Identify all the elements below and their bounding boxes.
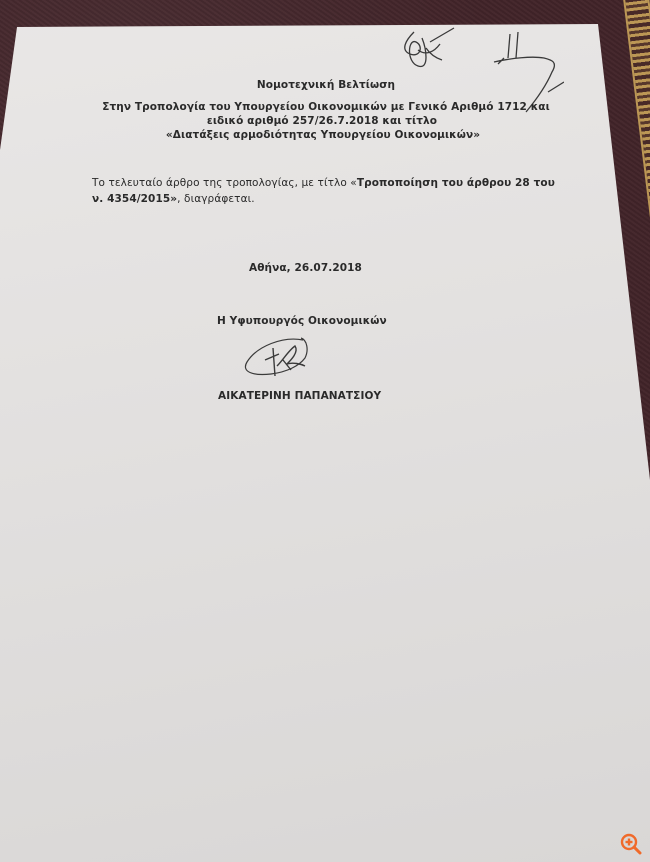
amended-article-title: Τροποποίηση του άρθρου 28 του xyxy=(357,177,555,189)
subheading-line-3: «Διατάξεις αρμοδιότητας Υπουργείου Οικον… xyxy=(0,129,646,141)
subheading-line-1: Στην Τροπολογία του Υπουργείου Οικονομικ… xyxy=(0,101,650,113)
place-date: Αθήνα, 26.07.2018 xyxy=(249,262,362,274)
deleted-text: , διαγράφεται. xyxy=(177,193,255,205)
signatory-name: ΑΙΚΑΤΕΡΙΝΗ ΠΑΠΑΝΑΤΣΙΟΥ xyxy=(218,390,381,402)
document-heading: Νομοτεχνική Βελτίωση xyxy=(0,79,650,91)
body-text-normal: Το τελευταίο άρθρο της τροπολογίας, με τ… xyxy=(92,177,357,189)
body-line-1: Το τελευταίο άρθρο της τροπολογίας, με τ… xyxy=(92,177,555,189)
signatory-title: Η Υφυπουργός Οικονομικών xyxy=(217,315,387,327)
law-reference: ν. 4354/2015» xyxy=(92,193,177,205)
initials-signature-left xyxy=(396,26,456,78)
zoom-in-icon xyxy=(619,832,643,856)
subheading-line-2: ειδικό αριθμό 257/26.7.2018 και τίτλο xyxy=(0,115,644,127)
zoom-in-button[interactable] xyxy=(619,832,643,856)
document-content: Νομοτεχνική Βελτίωση Στην Τροπολογία του… xyxy=(0,0,650,862)
body-line-2: ν. 4354/2015», διαγράφεται. xyxy=(92,193,255,205)
minister-signature xyxy=(243,336,319,386)
